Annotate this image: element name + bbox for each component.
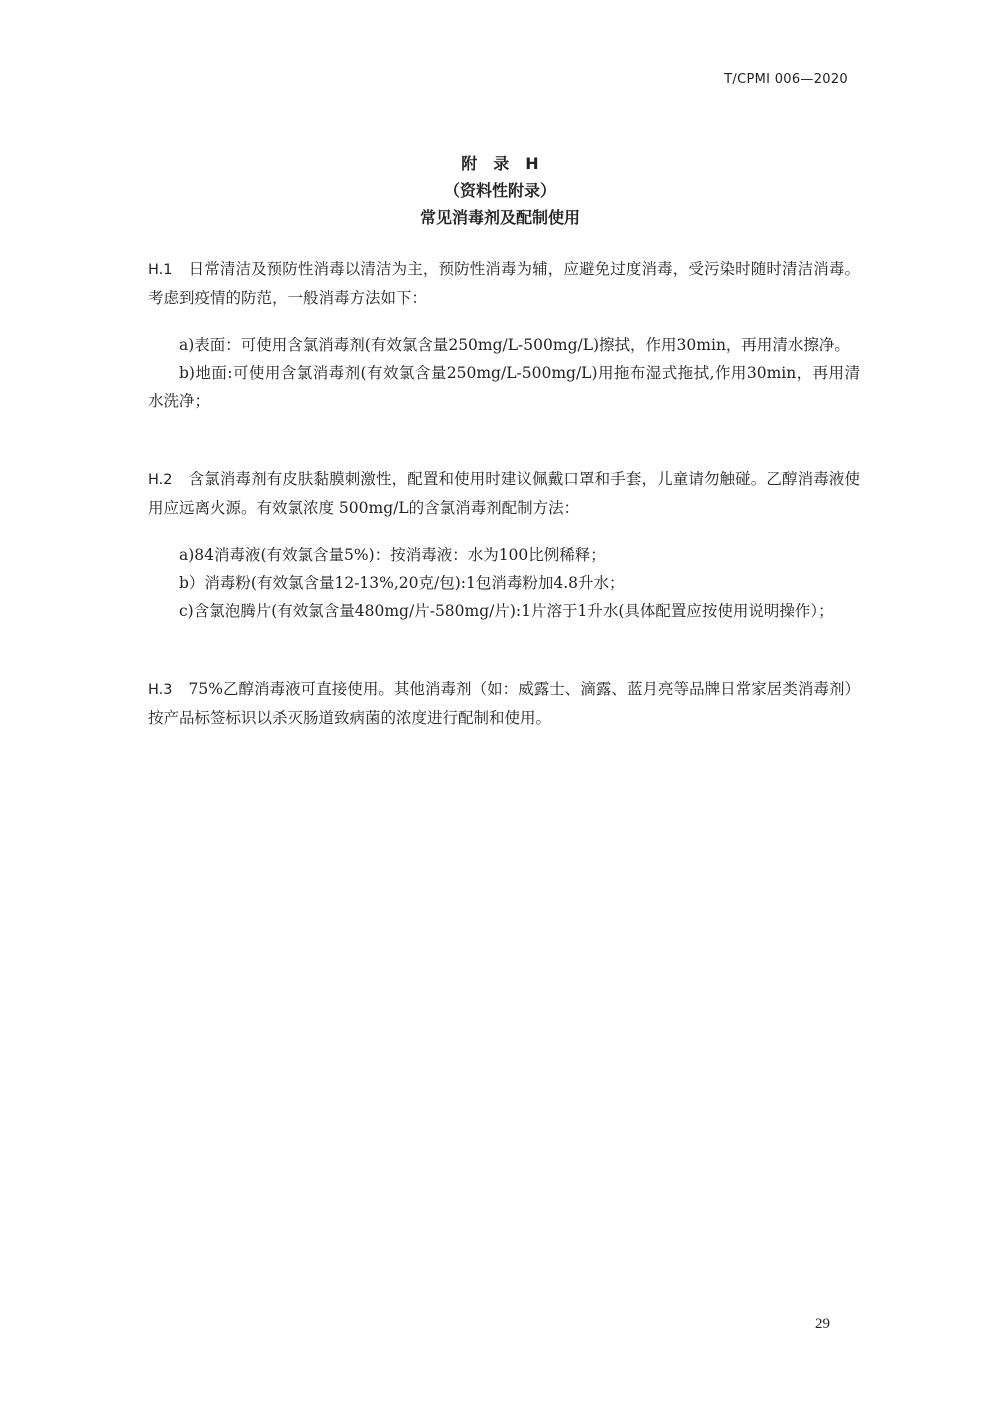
clause-h1-paragraph: H.1日常清洁及预防性消毒以清洁为主，预防性消毒为辅，应避免过度消毒，受污染时随…: [148, 255, 860, 312]
clause-h2: H.2含氯消毒剂有皮肤黏膜刺激性，配置和使用时建议佩戴口罩和手套，儿童请勿触碰。…: [148, 465, 860, 522]
appendix-title-block: 附 录 H （资料性附录） 常见消毒剂及配制使用: [0, 150, 1000, 231]
clause-number: H.1: [148, 262, 172, 278]
list-item: a)表面：可使用含氯消毒剂(有效氯含量250mg/L-500mg/L)擦拭，作用…: [148, 331, 860, 359]
list-item: b）消毒粉(有效氯含量12-13%,20克/包):1包消毒粉加4.8升水；: [148, 569, 860, 597]
document-code: T/CPMI 006—2020: [724, 72, 848, 87]
clause-text: 75%乙醇消毒液可直接使用。其他消毒剂（如：威露士、滴露、蓝月亮等品牌日常家居类…: [148, 680, 860, 727]
clause-h2-paragraph: H.2含氯消毒剂有皮肤黏膜刺激性，配置和使用时建议佩戴口罩和手套，儿童请勿触碰。…: [148, 465, 860, 522]
clause-text: 含氯消毒剂有皮肤黏膜刺激性，配置和使用时建议佩戴口罩和手套，儿童请勿触碰。乙醇消…: [148, 470, 860, 517]
clause-number: H.2: [148, 472, 172, 488]
page-number: 29: [815, 1316, 830, 1333]
appendix-label: 附 录 H: [0, 150, 1000, 177]
list-item: a)84消毒液(有效氯含量5%)：按消毒液：水为100比例稀释；: [148, 541, 860, 569]
clause-h2-items: a)84消毒液(有效氯含量5%)：按消毒液：水为100比例稀释； b）消毒粉(有…: [148, 541, 860, 625]
appendix-nature: （资料性附录）: [0, 177, 1000, 204]
clause-h1-items: a)表面：可使用含氯消毒剂(有效氯含量250mg/L-500mg/L)擦拭，作用…: [148, 331, 860, 415]
clause-number: H.3: [148, 682, 172, 698]
list-item: c)含氯泡腾片(有效氯含量480mg/片-580mg/片):1片溶于1升水(具体…: [148, 597, 860, 625]
clause-h1: H.1日常清洁及预防性消毒以清洁为主，预防性消毒为辅，应避免过度消毒，受污染时随…: [148, 255, 860, 312]
clause-h3-paragraph: H.375%乙醇消毒液可直接使用。其他消毒剂（如：威露士、滴露、蓝月亮等品牌日常…: [148, 675, 860, 732]
clause-text: 日常清洁及预防性消毒以清洁为主，预防性消毒为辅，应避免过度消毒，受污染时随时清洁…: [148, 260, 860, 307]
list-item: b)地面:可使用含氯消毒剂(有效氯含量250mg/L-500mg/L)用拖布湿式…: [148, 359, 860, 415]
document-page: T/CPMI 006—2020 附 录 H （资料性附录） 常见消毒剂及配制使用…: [0, 0, 1000, 1415]
appendix-name: 常见消毒剂及配制使用: [0, 204, 1000, 231]
clause-h3: H.375%乙醇消毒液可直接使用。其他消毒剂（如：威露士、滴露、蓝月亮等品牌日常…: [148, 675, 860, 732]
